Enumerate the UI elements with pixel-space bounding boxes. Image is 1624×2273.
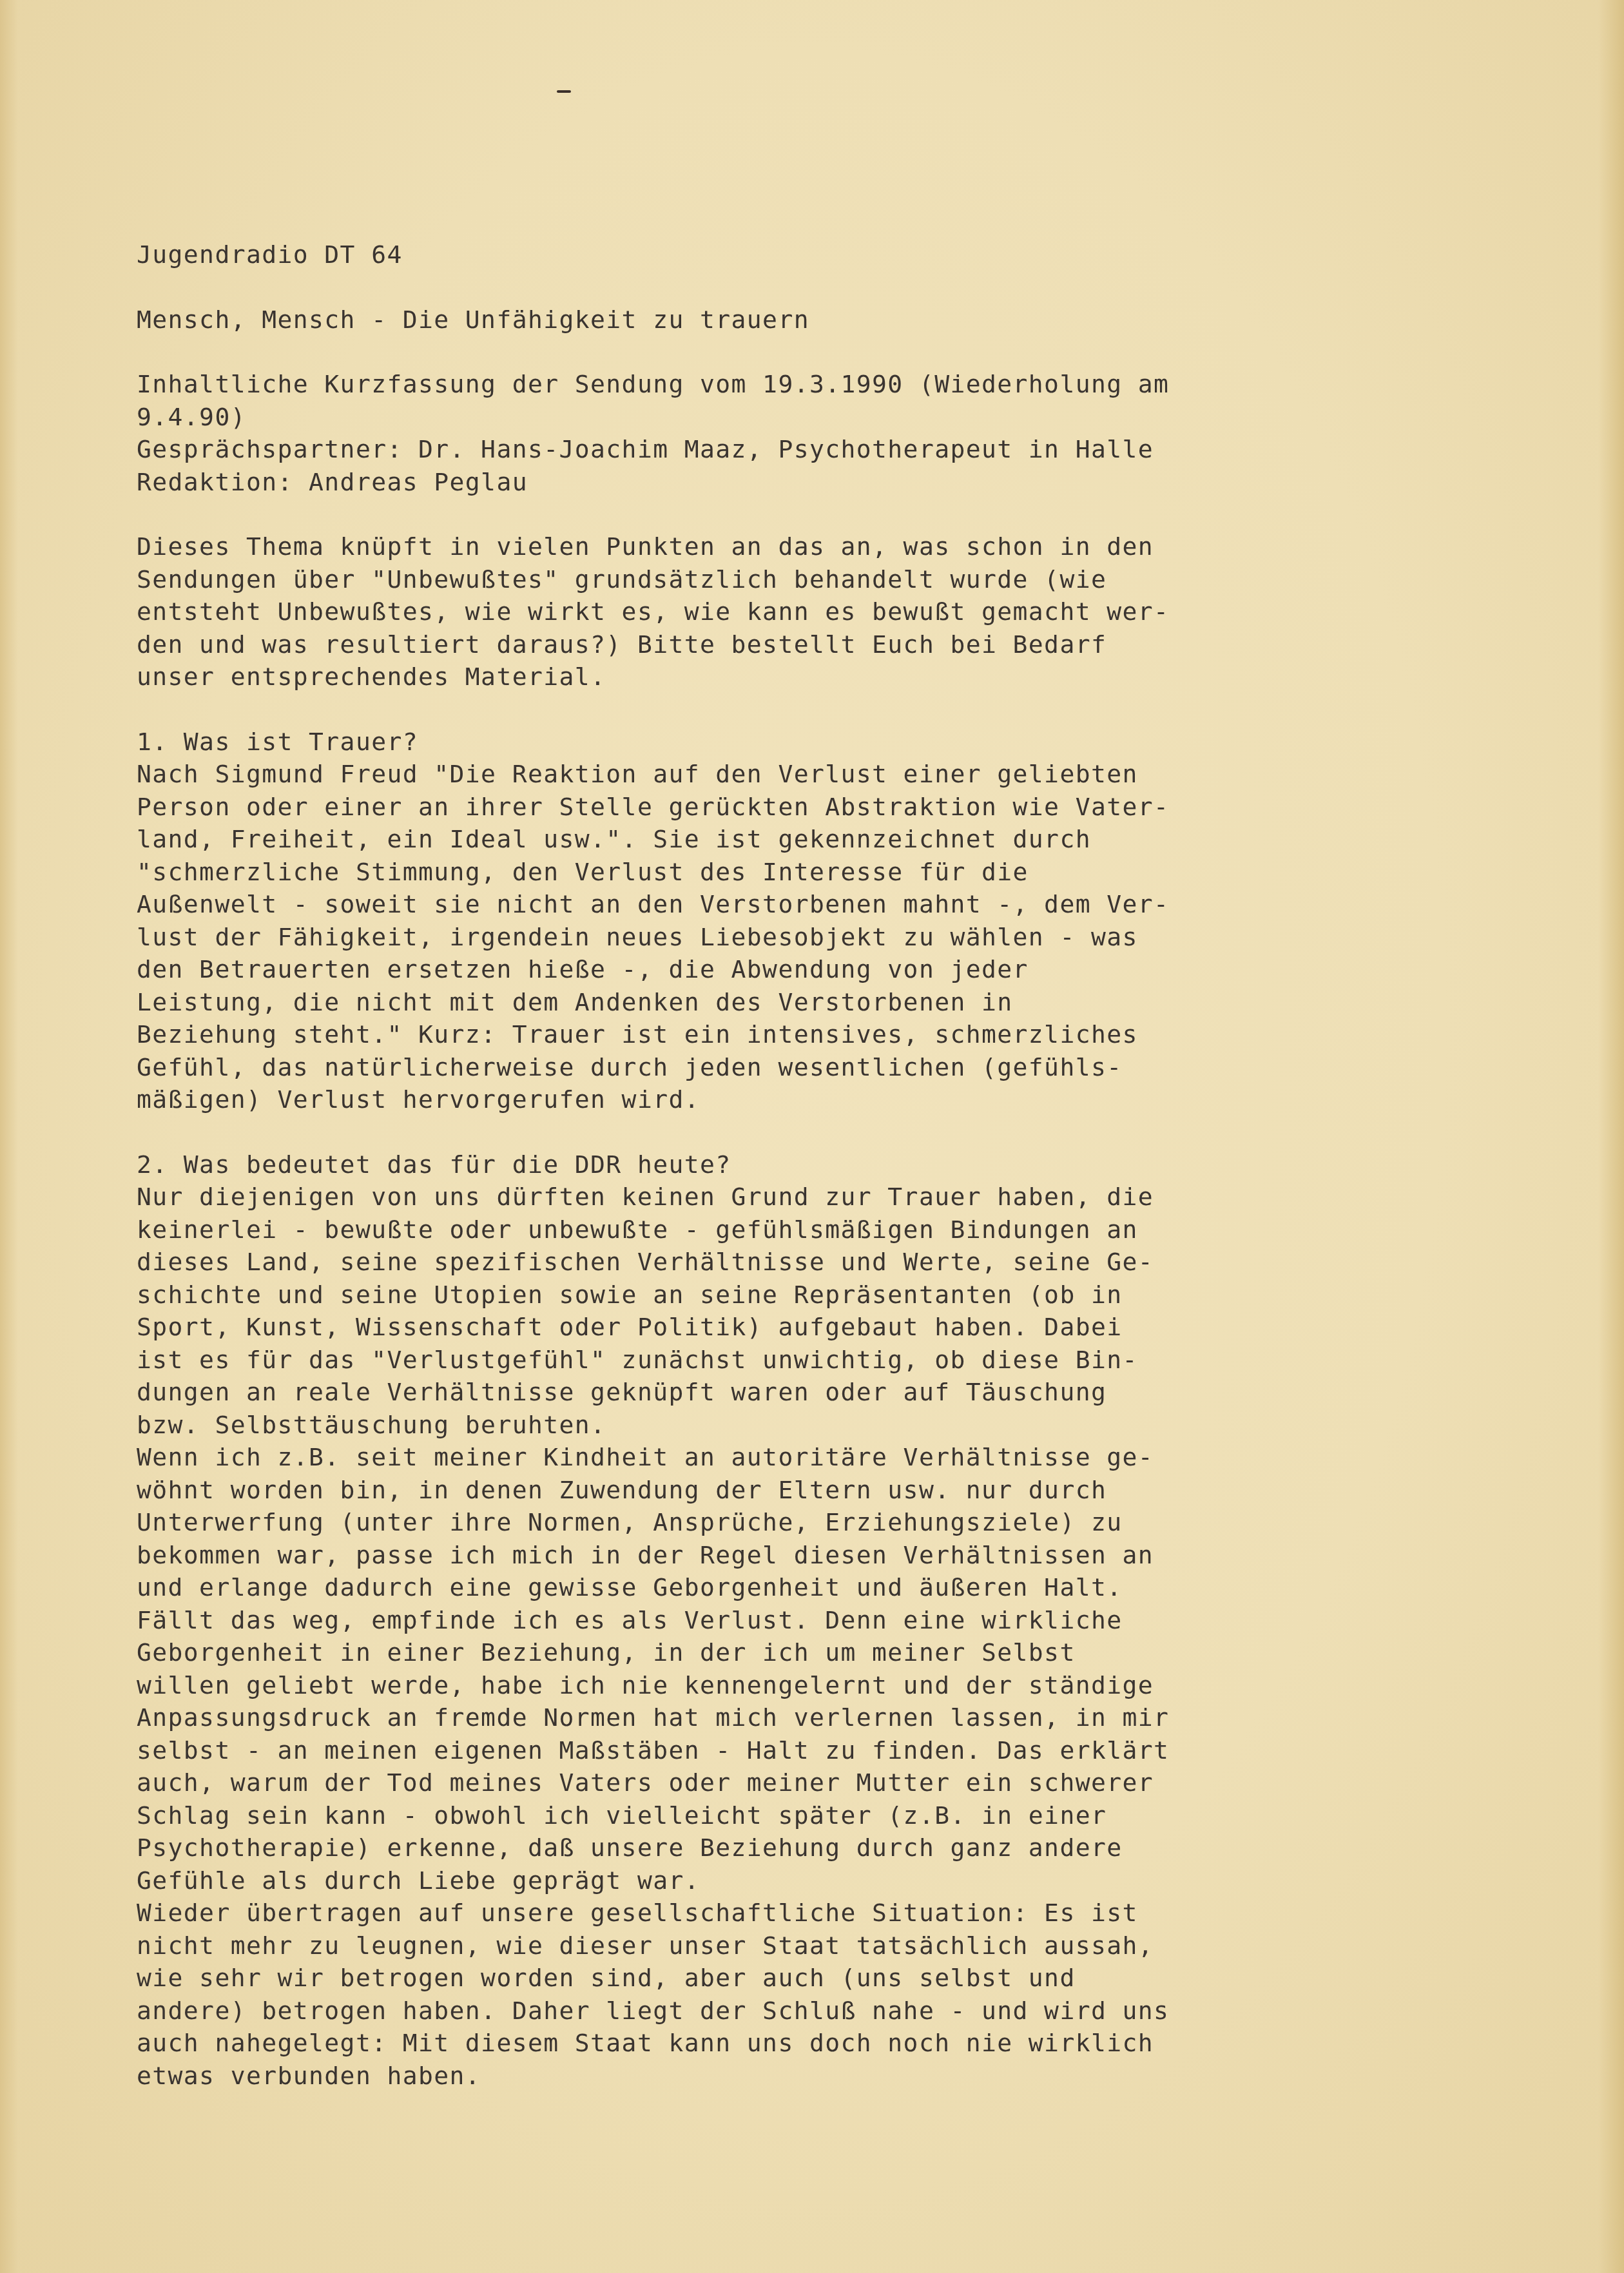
document-title: Mensch, Mensch - Die Unfähigkeit zu trau… xyxy=(137,304,1484,336)
paragraph-line: etwas verbunden haben. xyxy=(137,2060,1484,2093)
meta-line: Inhaltliche Kurzfassung der Sendung vom … xyxy=(137,368,1484,401)
paragraph-line: Unterwerfung (unter ihre Normen, Ansprüc… xyxy=(137,1506,1484,1539)
paragraph-line: ist es für das "Verlustgefühl" zunächst … xyxy=(137,1344,1484,1377)
section-2: 2. Was bedeutet das für die DDR heute? N… xyxy=(137,1148,1484,2093)
paragraph-line: Gefühle als durch Liebe geprägt war. xyxy=(137,1864,1484,1897)
paragraph-line: auch, warum der Tod meines Vaters oder m… xyxy=(137,1766,1484,1799)
paragraph-line: Gefühl, das natürlicherweise durch jeden… xyxy=(137,1051,1484,1084)
paragraph-line: Fällt das weg, empfinde ich es als Verlu… xyxy=(137,1604,1484,1637)
meta-line-editor: Redaktion: Andreas Peglau xyxy=(137,466,1484,499)
paragraph-line: nicht mehr zu leugnen, wie dieser unser … xyxy=(137,1930,1484,1962)
paragraph-line: bzw. Selbsttäuschung beruhten. xyxy=(137,1409,1484,1442)
paragraph-line: und erlange dadurch eine gewisse Geborge… xyxy=(137,1571,1484,1604)
paragraph-line: Person oder einer an ihrer Stelle gerück… xyxy=(137,791,1484,824)
paragraph-line: Psychotherapie) erkenne, daß unsere Bezi… xyxy=(137,1832,1484,1864)
typed-document: Jugendradio DT 64 Mensch, Mensch - Die U… xyxy=(137,238,1484,2092)
paragraph-line: Nur diejenigen von uns dürften keinen Gr… xyxy=(137,1181,1484,1214)
paragraph-line: den Betrauerten ersetzen hieße -, die Ab… xyxy=(137,953,1484,986)
paragraph-line: "schmerzliche Stimmung, den Verlust des … xyxy=(137,856,1484,889)
paragraph-line: lust der Fähigkeit, irgendein neues Lieb… xyxy=(137,921,1484,954)
broadcast-meta: Inhaltliche Kurzfassung der Sendung vom … xyxy=(137,368,1484,498)
station-name: Jugendradio DT 64 xyxy=(137,238,1484,271)
paragraph-line: Sendungen über "Unbewußtes" grundsätzlic… xyxy=(137,563,1484,596)
paragraph-line: dungen an reale Verhältnisse geknüpft wa… xyxy=(137,1376,1484,1409)
paragraph-line: schichte und seine Utopien sowie an sein… xyxy=(137,1279,1484,1311)
paragraph-line: selbst - an meinen eigenen Maßstäben - H… xyxy=(137,1734,1484,1767)
section-heading: 1. Was ist Trauer? xyxy=(137,726,1484,759)
paragraph-line: Geborgenheit in einer Beziehung, in der … xyxy=(137,1636,1484,1669)
paragraph-line: Anpassungsdruck an fremde Normen hat mic… xyxy=(137,1701,1484,1734)
paragraph-line: Dieses Thema knüpft in vielen Punkten an… xyxy=(137,530,1484,563)
paragraph-line: land, Freiheit, ein Ideal usw.". Sie ist… xyxy=(137,823,1484,856)
paragraph-line: Sport, Kunst, Wissenschaft oder Politik)… xyxy=(137,1311,1484,1344)
paragraph-line: auch nahegelegt: Mit diesem Staat kann u… xyxy=(137,2027,1484,2060)
paragraph-line: Wenn ich z.B. seit meiner Kindheit an au… xyxy=(137,1441,1484,1474)
section-heading: 2. Was bedeutet das für die DDR heute? xyxy=(137,1148,1484,1181)
paragraph-line: entsteht Unbewußtes, wie wirkt es, wie k… xyxy=(137,595,1484,628)
paragraph-line: Nach Sigmund Freud "Die Reaktion auf den… xyxy=(137,758,1484,791)
paragraph-line: bekommen war, passe ich mich in der Rege… xyxy=(137,1539,1484,1572)
paragraph-line: Außenwelt - soweit sie nicht an den Vers… xyxy=(137,888,1484,921)
ink-mark xyxy=(557,90,571,93)
paragraph-line: unser entsprechendes Material. xyxy=(137,661,1484,693)
paragraph-line: wie sehr wir betrogen worden sind, aber … xyxy=(137,1962,1484,1995)
paragraph-line: mäßigen) Verlust hervorgerufen wird. xyxy=(137,1083,1484,1116)
paper-edge-right xyxy=(1598,0,1624,2273)
paragraph-line: andere) betrogen haben. Daher liegt der … xyxy=(137,1995,1484,2027)
paragraph-line: Wieder übertragen auf unsere gesellschaf… xyxy=(137,1897,1484,1930)
paragraph-line: Schlag sein kann - obwohl ich vielleicht… xyxy=(137,1799,1484,1832)
paragraph-line: dieses Land, seine spezifischen Verhältn… xyxy=(137,1246,1484,1279)
paragraph-line: den und was resultiert daraus?) Bitte be… xyxy=(137,628,1484,661)
meta-line: 9.4.90) xyxy=(137,401,1484,434)
paragraph-line: wöhnt worden bin, in denen Zuwendung der… xyxy=(137,1474,1484,1507)
paragraph-line: willen geliebt werde, habe ich nie kenne… xyxy=(137,1669,1484,1702)
paragraph-line: keinerlei - bewußte oder unbewußte - gef… xyxy=(137,1214,1484,1246)
paragraph-line: Leistung, die nicht mit dem Andenken des… xyxy=(137,986,1484,1019)
paper-edge-left xyxy=(0,0,18,2273)
meta-line-guest: Gesprächspartner: Dr. Hans-Joachim Maaz,… xyxy=(137,433,1484,466)
section-1: 1. Was ist Trauer? Nach Sigmund Freud "D… xyxy=(137,726,1484,1116)
intro-paragraph: Dieses Thema knüpft in vielen Punkten an… xyxy=(137,530,1484,693)
paragraph-line: Beziehung steht." Kurz: Trauer ist ein i… xyxy=(137,1018,1484,1051)
